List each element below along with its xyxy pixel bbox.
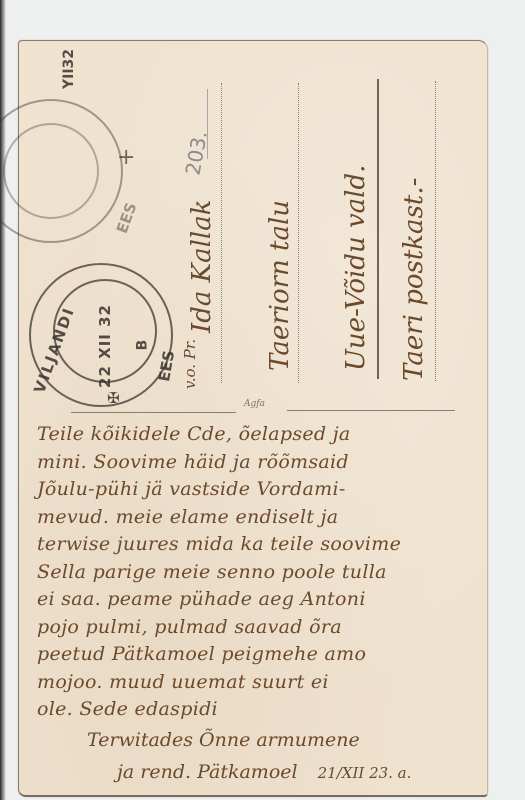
postmark-top-date: YII32: [61, 49, 77, 89]
postcard: 203. YII32 EES + VILJANDI 22 XII 32 B EE…: [18, 40, 488, 797]
divider-brand-label: Agfa: [244, 399, 265, 409]
closing-text: Terwitades Õnne armumene: [87, 729, 360, 751]
address-line-name: Ida Kallak: [187, 200, 217, 334]
catalog-number: 203.: [181, 129, 212, 177]
message-line: Teile kõikidele Cde, õelapsed ja: [37, 421, 477, 449]
message-line: peetud Pätkamoel peigmehe amo: [37, 641, 477, 669]
message-line: Jõulu-pühi jä vastside Vordami-: [37, 476, 477, 504]
address-prefix: v.o. Pr.: [181, 339, 199, 389]
postmark-sub: B: [134, 340, 150, 351]
postmark-top-cross: +: [117, 145, 135, 170]
message-signature: ja rend. Pätkamoel 21/XII 23. a.: [37, 756, 477, 788]
message-line: mevud. meie elame endiselt ja: [37, 504, 477, 532]
message-closing: Terwitades Õnne armumene: [37, 724, 477, 756]
message-line: mini. Soovime häid ja rõõmsaid: [37, 449, 477, 477]
message-line: ei saa. peame pühade aeg Antoni: [37, 586, 477, 614]
address-rule-1: [221, 83, 222, 383]
address-rule-4: [435, 81, 436, 381]
message-line: Sella parige meie senno poole tulla: [37, 559, 477, 587]
postmark-country: EES: [155, 349, 178, 383]
postmark-date: 22 XII 32: [96, 304, 114, 388]
signature-text: ja rend. Pätkamoel: [117, 761, 298, 783]
address-line-farm: Taeriorn talu: [265, 200, 295, 371]
postmark-top: [0, 99, 123, 243]
address-line-parish: Uue-Võidu vald.: [341, 165, 371, 371]
message-line: mojoo. muud uuemat suurt ei: [37, 669, 477, 697]
address-rule-3: [377, 79, 379, 379]
message-divider-left: [71, 412, 236, 413]
message-divider-right: [287, 410, 455, 411]
message-line: ole. Sede edaspidi: [37, 696, 477, 724]
postmark-top-country: EES: [113, 200, 141, 236]
address-rule-2: [298, 83, 299, 383]
message-line: pojo pulmi, pulmad saavad õra: [37, 614, 477, 642]
message-body: Teile kõikidele Cde, õelapsed ja mini. S…: [37, 421, 477, 788]
address-line-postbox: Taeri postkast.-: [399, 178, 429, 381]
signature-date: 21/XII 23. a.: [318, 764, 412, 782]
postmark-cross: ✠: [107, 389, 120, 407]
message-line: terwise juures mida ka teile soovime: [37, 531, 477, 559]
